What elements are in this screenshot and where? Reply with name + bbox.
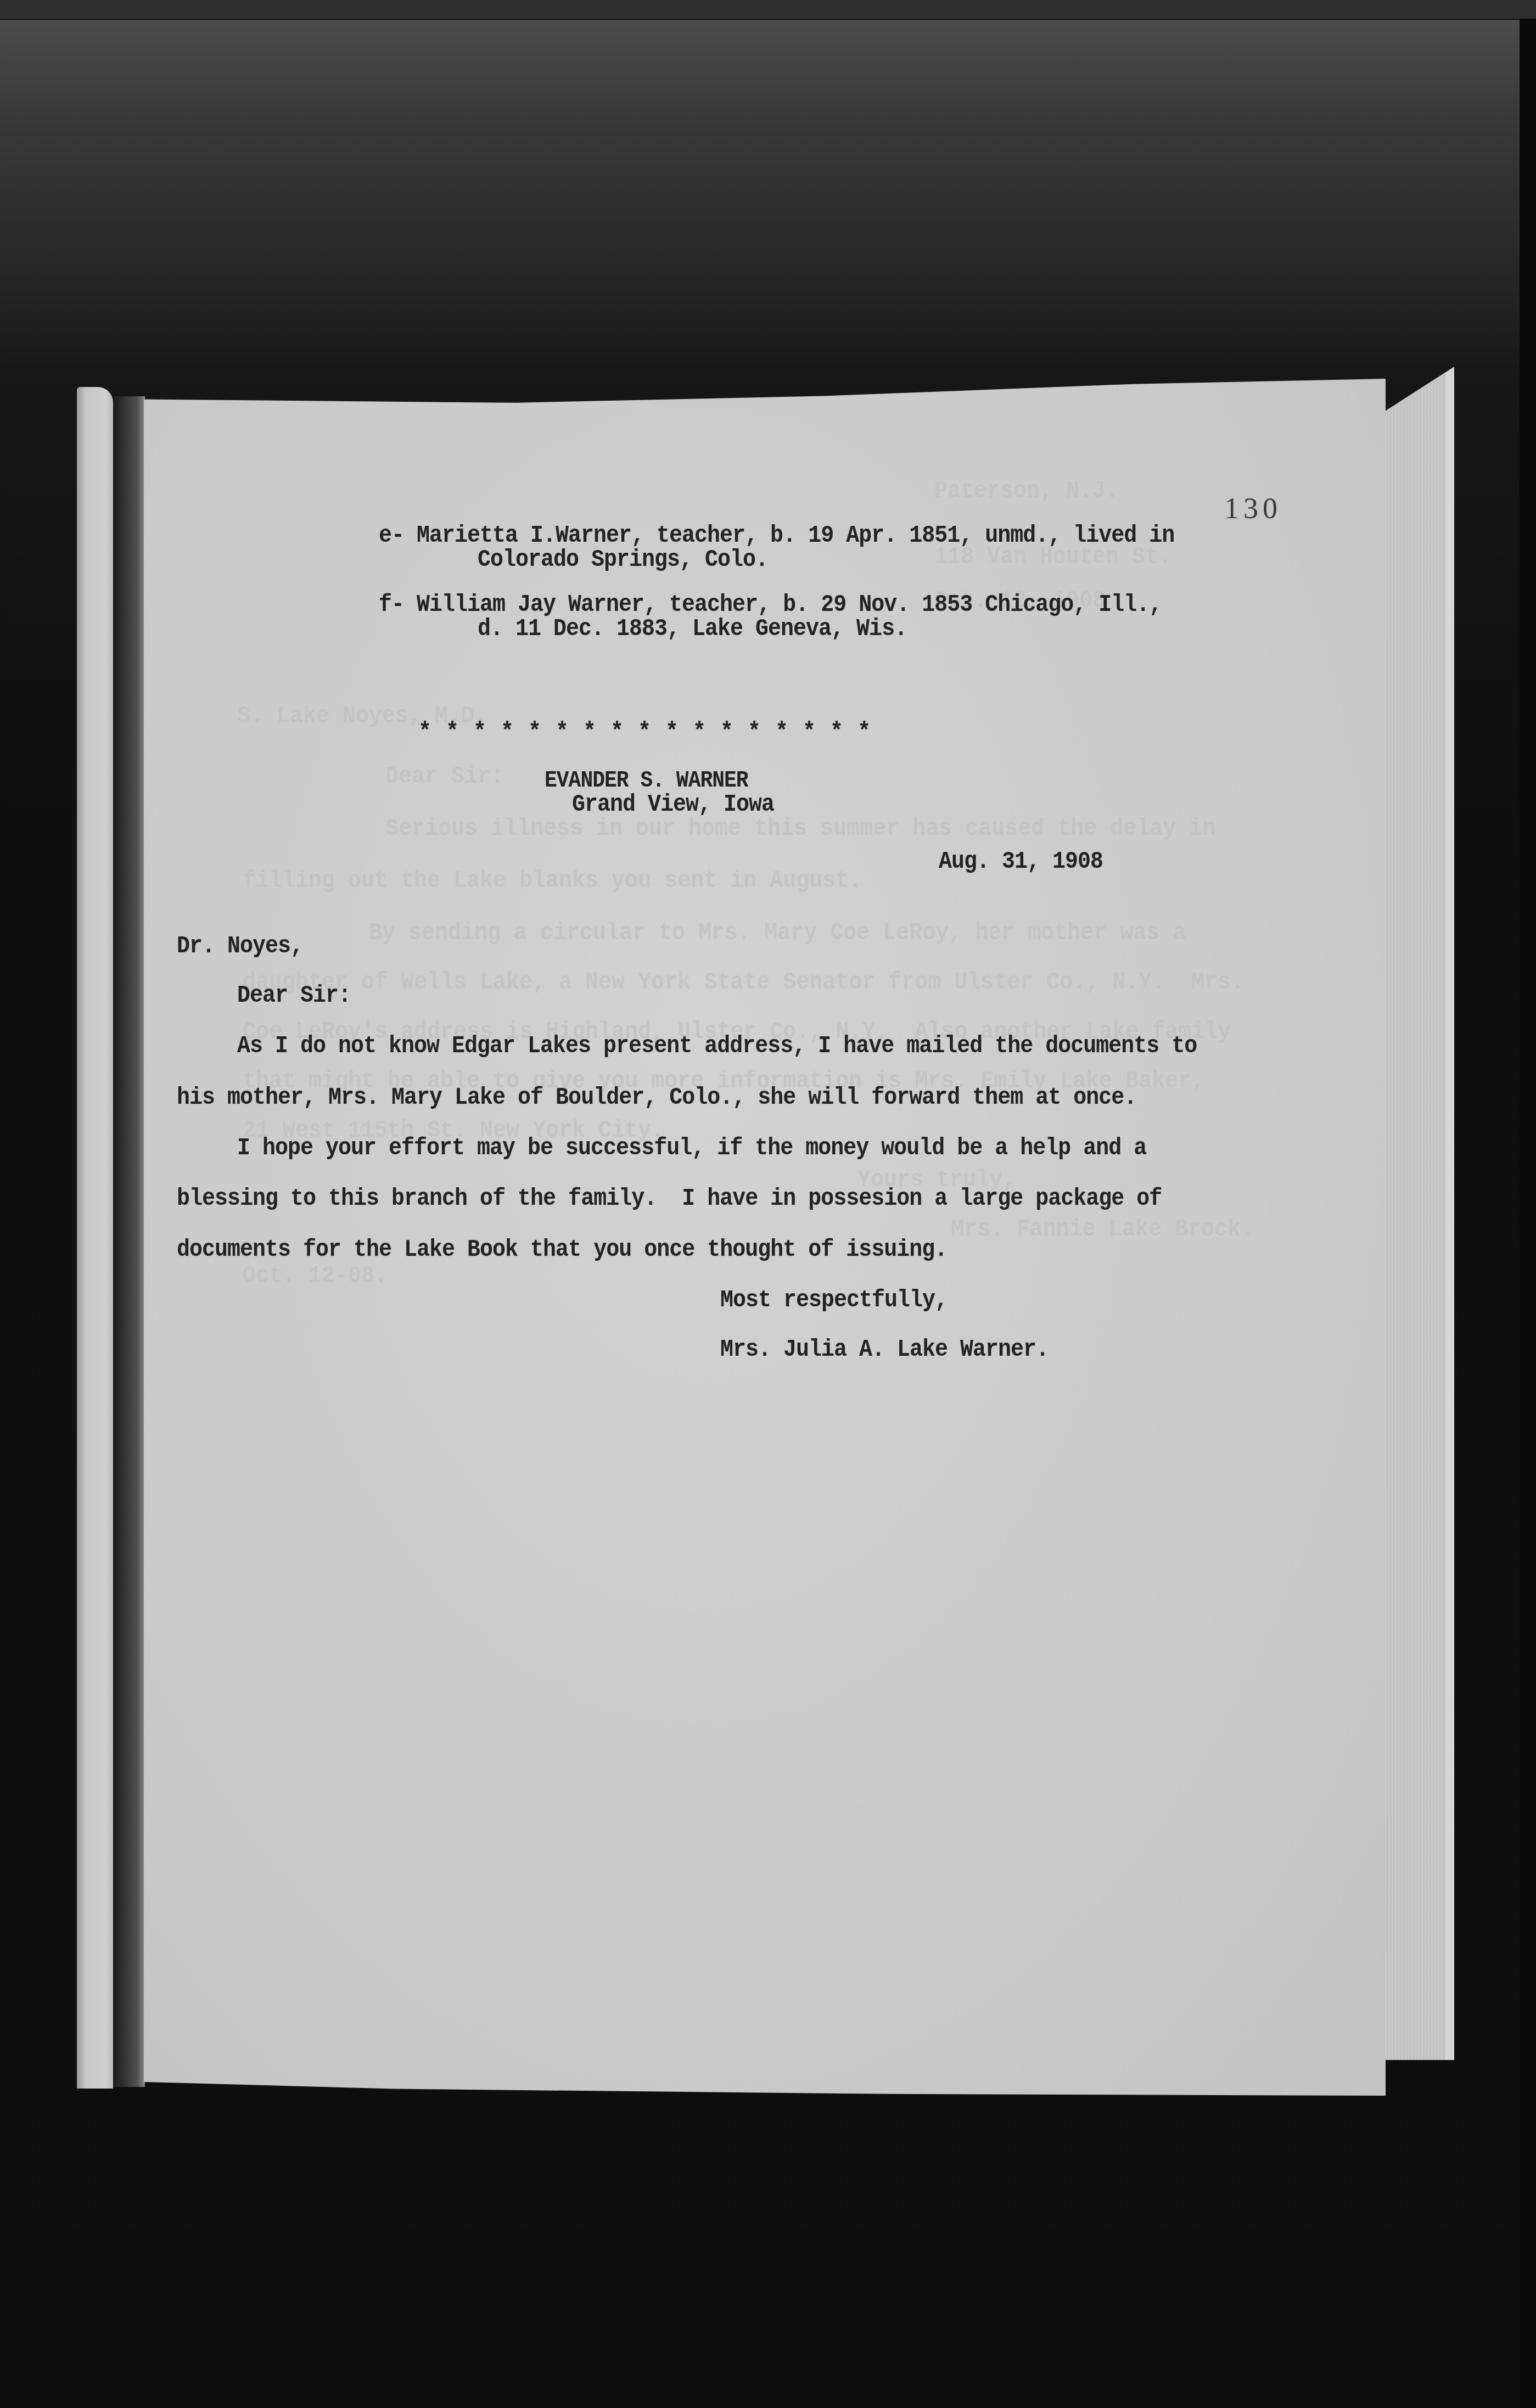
body-line: blessing to this branch of the family. I… (177, 1186, 1162, 1213)
body-line: his mother, Mrs. Mary Lake of Boulder, C… (177, 1085, 1136, 1112)
signature: Mrs. Julia A. Lake Warner. (720, 1337, 1049, 1363)
genealogy-entry-e-line2: Colorado Springs, Colo. (478, 547, 768, 574)
bleed-through-line: Paterson, N.J. (934, 478, 1119, 505)
page-number: 130 (1224, 491, 1282, 525)
bleed-through-line: Oct. 12-08. (243, 1262, 388, 1290)
body-line: documents for the Lake Book that you onc… (177, 1237, 947, 1264)
facing-page-edge (77, 387, 113, 2089)
bleed-through-line: filling out the Lake blanks you sent in … (243, 867, 862, 895)
document-page: Paterson, N.J. 118 Van Houten St. Oct. 1… (144, 379, 1386, 2096)
asterisk-separator: * * * * * * * * * * * * * * * * * (418, 719, 871, 746)
genealogy-entry-f-line2: d. 11 Dec. 1883, Lake Geneva, Wis. (478, 616, 907, 643)
closing: Most respectfully, (720, 1287, 948, 1314)
genealogy-entry-f-line1: f- William Jay Warner, teacher, b. 29 No… (379, 592, 1162, 619)
salutation: Dear Sir: (237, 983, 351, 1009)
genealogy-entry-e-line1: e- Marietta I.Warner, teacher, b. 19 Apr… (379, 523, 1174, 549)
body-line: As I do not know Edgar Lakes present add… (237, 1033, 1197, 1060)
letterhead-location: Grand View, Iowa (572, 792, 774, 818)
letter-date: Aug. 31, 1908 (939, 849, 1103, 875)
letterhead-name: EVANDER S. WARNER (545, 767, 748, 794)
scanner-top-strip (0, 0, 1536, 20)
body-line: I hope your effort may be successful, if… (237, 1135, 1146, 1162)
addressee: Dr. Noyes, (177, 933, 303, 960)
book-gutter-shadow (113, 396, 145, 2087)
bleed-through-line: By sending a circular to Mrs. Mary Coe L… (369, 919, 1186, 947)
bleed-through-line: Dear Sir: (385, 763, 504, 790)
scanner-right-edge (1520, 19, 1536, 2408)
bleed-through-line: Mrs. Fannie Lake Brock. (951, 1216, 1254, 1243)
bleed-through-line: daughter of Wells Lake, a New York State… (243, 969, 1244, 996)
bleed-through-line: Serious illness in our home this summer … (385, 815, 1215, 843)
page-stack-edge (1375, 367, 1454, 2060)
